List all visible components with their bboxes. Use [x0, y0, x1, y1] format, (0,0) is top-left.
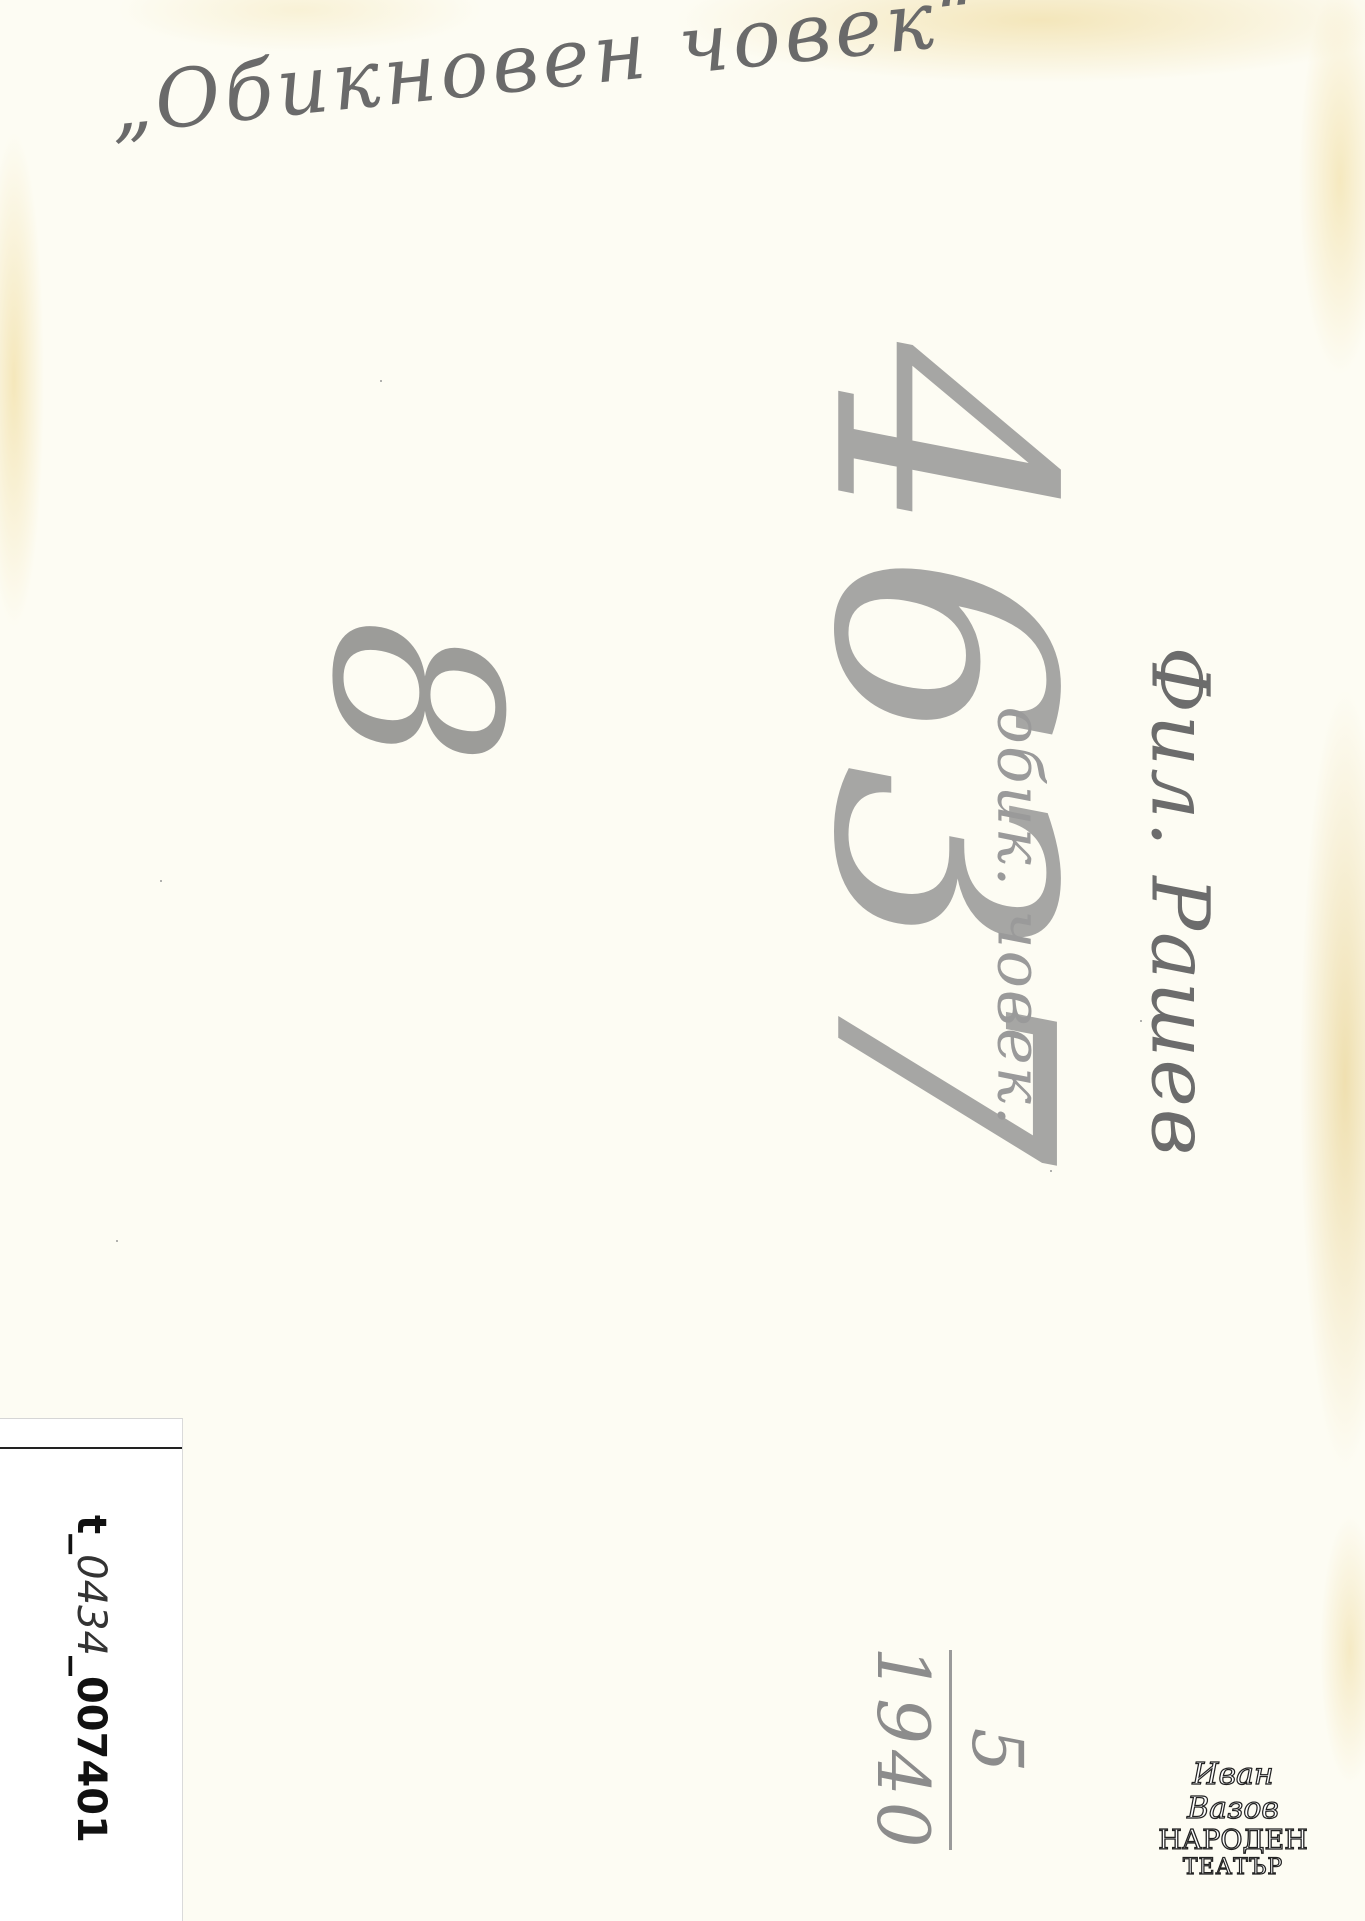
handwritten-sheet-number: 8	[281, 619, 548, 767]
archive-id-printed: _007401	[68, 1656, 114, 1843]
paper-speck	[116, 1240, 118, 1242]
handwritten-fraction: 5 1940	[800, 1600, 1100, 1900]
logo-script-name: Иван Вазов	[1148, 1758, 1318, 1826]
archive-id: t_0434_007401	[68, 1515, 114, 1843]
handwritten-inventory-number: 4637	[767, 343, 1116, 1186]
handwritten-actor-name: Фил. Рашев	[1134, 647, 1227, 1247]
label-top-rule	[0, 1447, 182, 1449]
logo-line-narodeN: НАРОДЕН	[1148, 1826, 1318, 1856]
national-theatre-logo: Иван Вазов НАРОДЕН ТЕАТЪР	[1148, 1758, 1318, 1880]
paper-speck	[380, 380, 382, 382]
handwritten-role: обик. човек.	[984, 707, 1057, 1207]
archive-label: t_0434_007401	[0, 1418, 183, 1921]
fraction-numerator: 5	[957, 1728, 1039, 1773]
logo-line-teatar: ТЕАТЪР	[1148, 1856, 1318, 1880]
paper-speck	[160, 880, 162, 882]
fraction-denominator: 1940	[862, 1646, 946, 1853]
fraction-bar	[950, 1650, 953, 1850]
archive-id-handwritten: 0434	[68, 1554, 114, 1656]
archive-id-prefix: t_	[68, 1515, 114, 1554]
